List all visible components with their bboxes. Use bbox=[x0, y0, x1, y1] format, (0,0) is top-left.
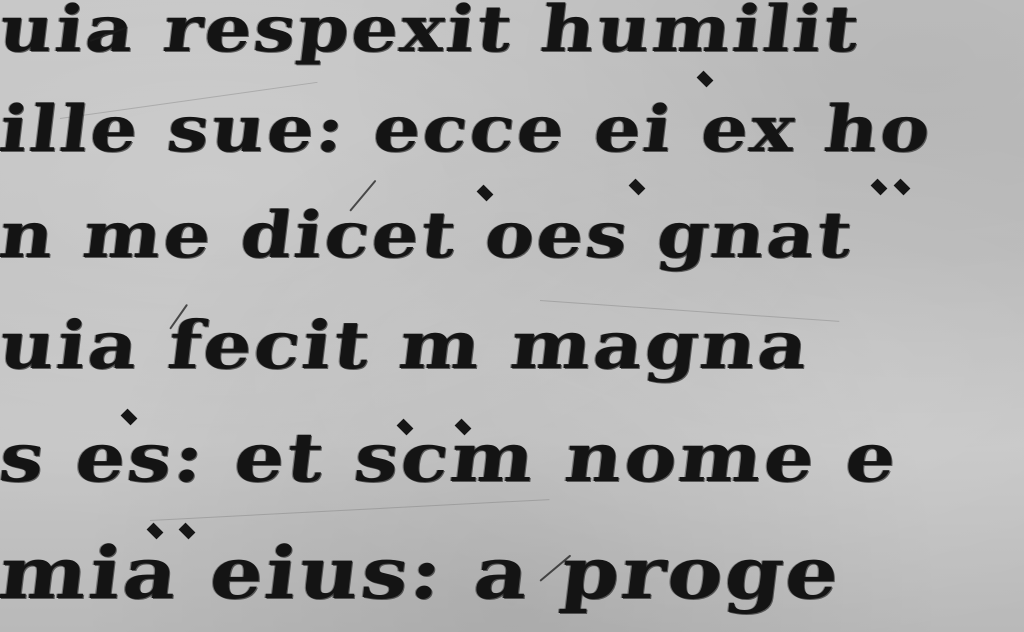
manuscript-line-2: ille sue: ecce ei ex ho bbox=[0, 92, 937, 167]
manuscript-line-3: n me dicet oes gnat bbox=[0, 198, 858, 273]
manuscript-line-6: mia eius: a proge bbox=[0, 530, 846, 615]
manuscript-line-4: uia fecit m magna bbox=[0, 306, 815, 384]
manuscript-line-1: uia respexit humilit bbox=[0, 0, 865, 67]
manuscript-line-5: s es: et scm nome e bbox=[0, 418, 903, 498]
